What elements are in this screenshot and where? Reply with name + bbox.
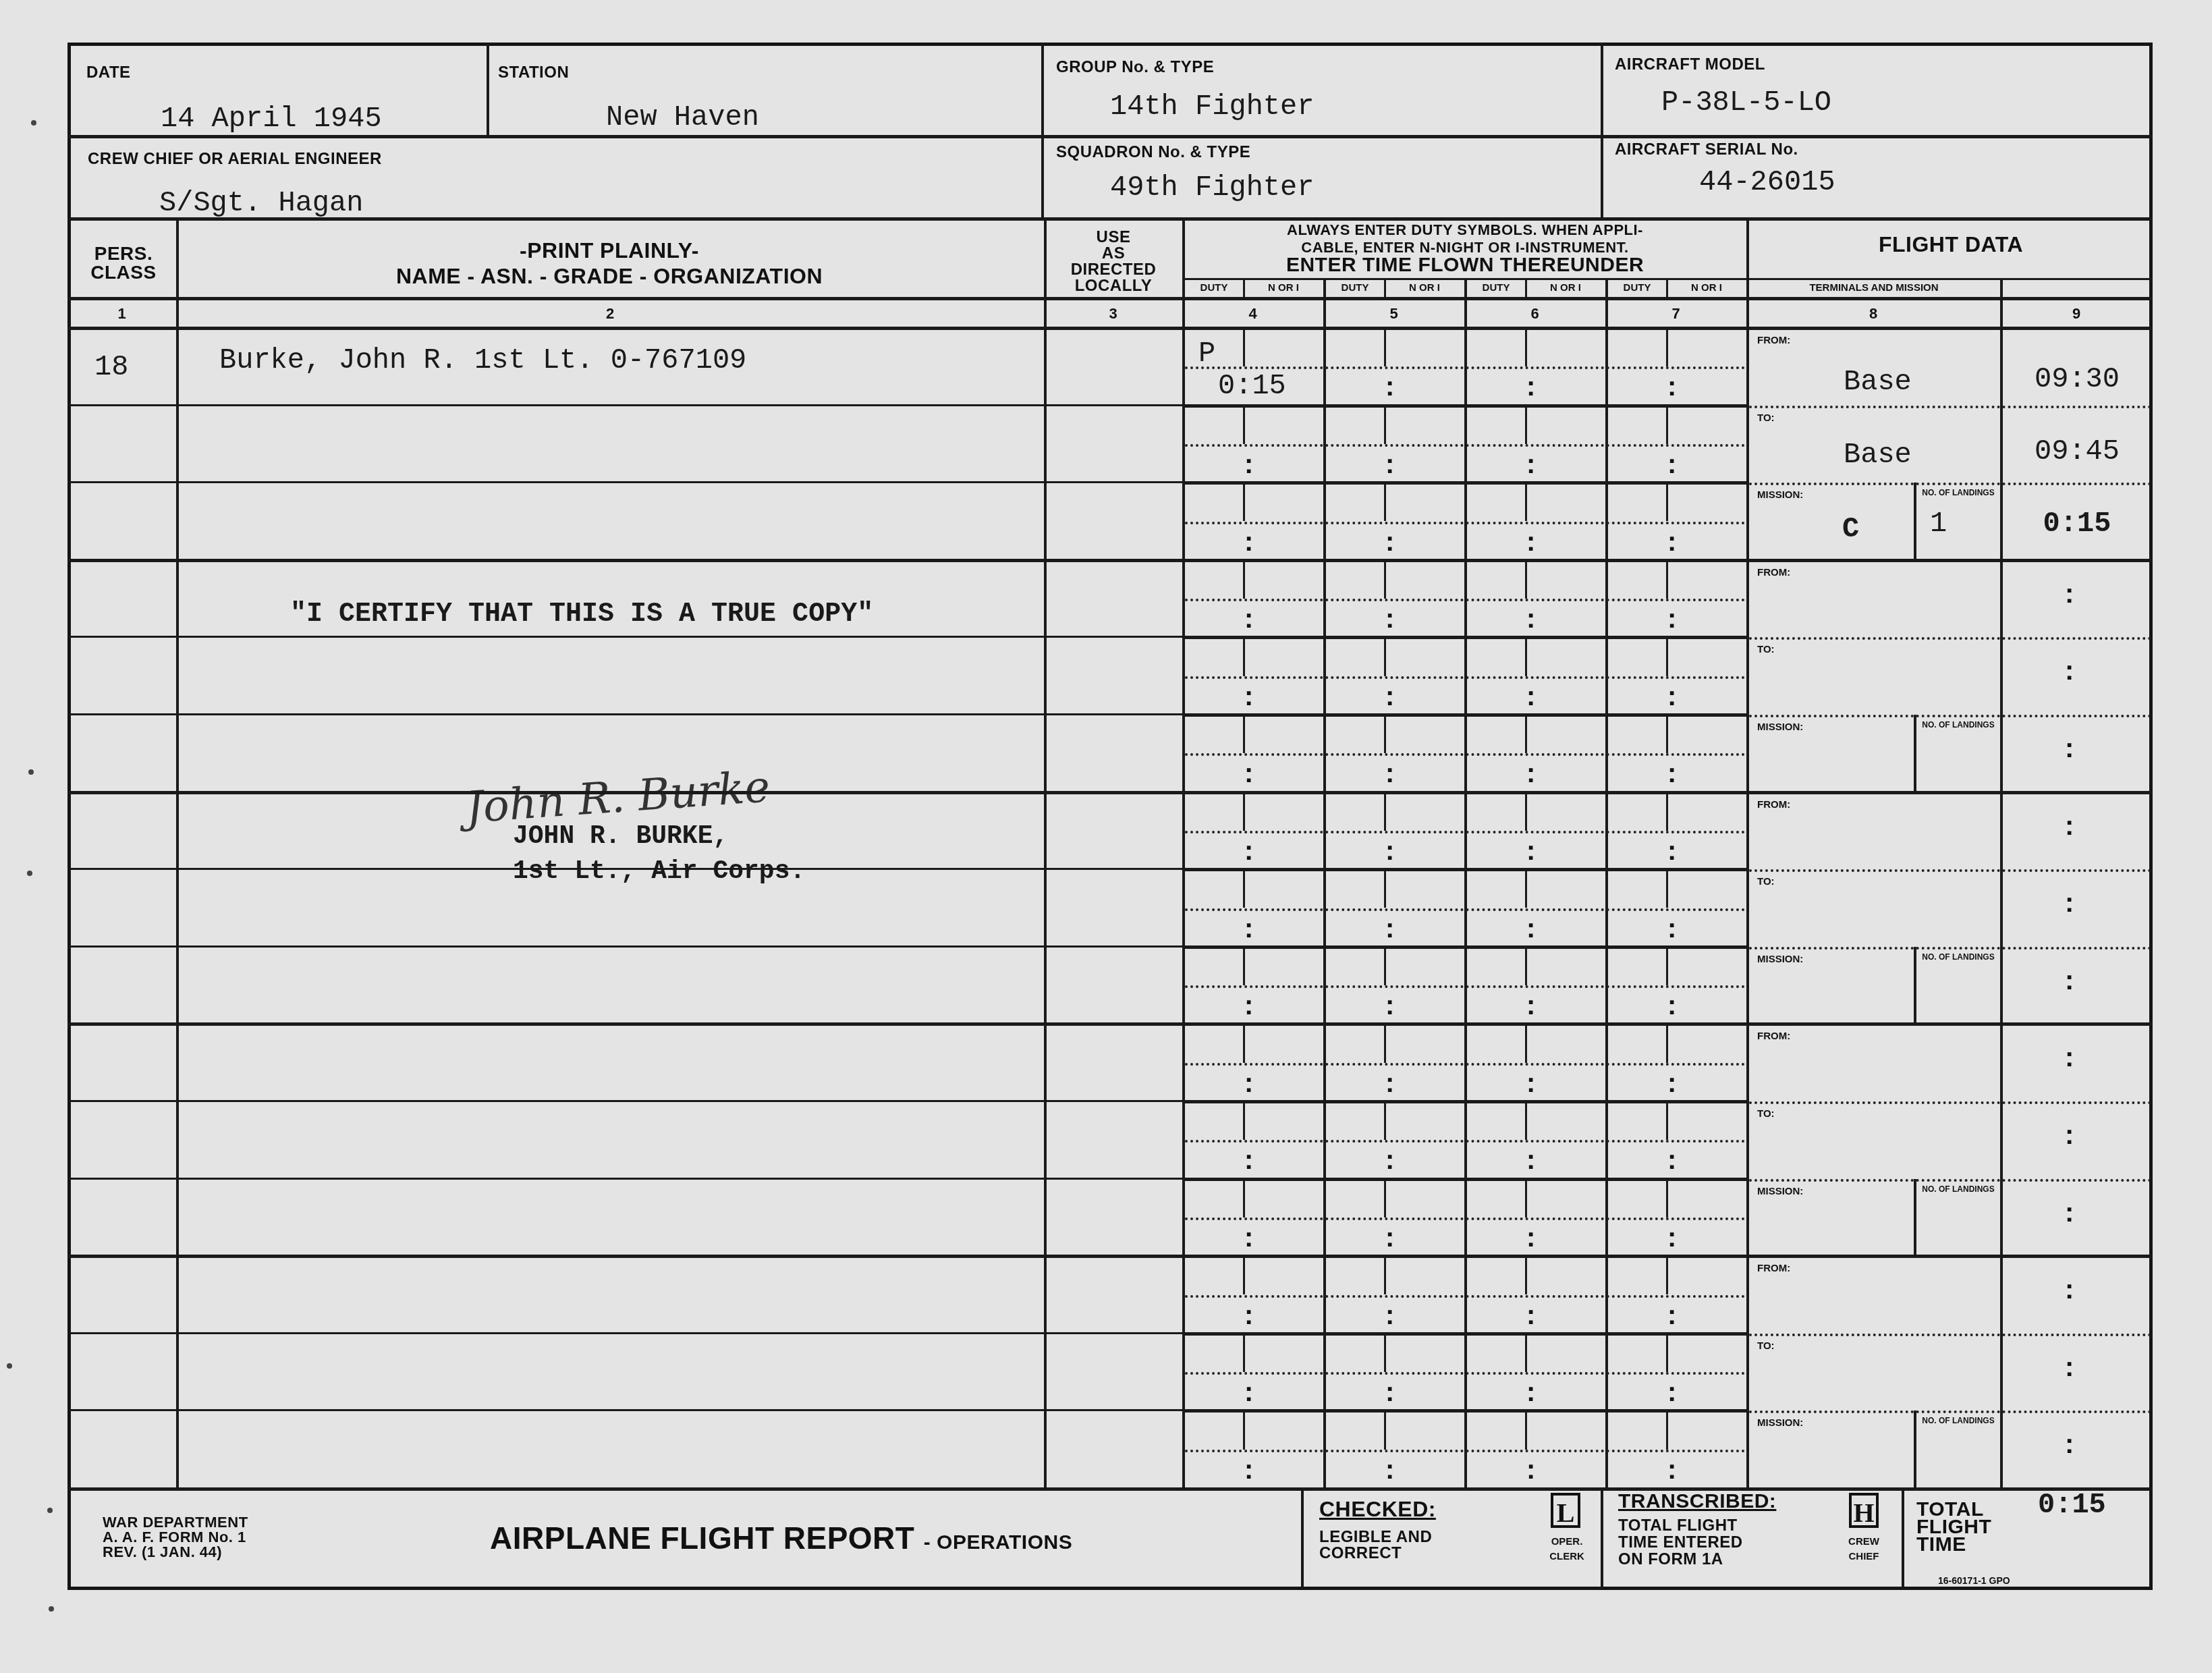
time-colon: : [1667, 683, 1676, 710]
n-or-i-divider [1384, 869, 1386, 908]
footer-divider [67, 1487, 2153, 1491]
to-label: TO: [1757, 644, 1775, 655]
n-or-i-divider [1384, 637, 1386, 676]
time-colon: : [1385, 992, 1394, 1019]
crew-row-1-duty[interactable]: P [1198, 337, 1215, 370]
time-colon: : [1526, 451, 1535, 478]
duty-col-num: 6 [1464, 305, 1605, 323]
oper-clerk-label: OPER. CLERK [1540, 1535, 1594, 1564]
n-or-i-divider [1666, 947, 1668, 985]
flight-time-colon: : [2065, 967, 2074, 994]
n-or-i-divider [1384, 406, 1386, 444]
time-colon: : [1526, 1147, 1535, 1174]
flight-block-divider [1746, 791, 2153, 794]
n-or-i-divider [1243, 869, 1245, 908]
n-or-i-divider [1666, 637, 1668, 676]
duty-subheader: DUTY [1326, 282, 1384, 294]
n-or-i-divider [1525, 1256, 1527, 1294]
time-colon: : [1244, 915, 1253, 942]
duty-row-midline [1185, 366, 1745, 369]
n-or-i-divider [1525, 1334, 1527, 1372]
n-or-i-divider [1243, 637, 1245, 676]
col3-divider [1182, 217, 1185, 1489]
duty-sub-divider [1666, 278, 1668, 297]
mission-label: MISSION: [1757, 1417, 1803, 1429]
aircraft-serial-label: AIRCRAFT SERIAL No. [1615, 140, 1798, 159]
aircraft-serial-value[interactable]: 44-26015 [1699, 166, 1835, 198]
duty-sub-divider [1384, 278, 1386, 297]
col-num-2: 2 [176, 305, 1044, 323]
duty-row-midline [1185, 599, 1745, 601]
n-or-i-divider [1666, 869, 1668, 908]
flight-1-mission[interactable]: C [1842, 513, 1859, 545]
station-group-divider [1041, 43, 1044, 219]
duty-row-divider [1182, 713, 1746, 717]
n-or-i-divider [1666, 328, 1668, 366]
time-colon: : [1385, 760, 1394, 787]
duty-col-num: 5 [1323, 305, 1464, 323]
n-or-i-divider [1666, 792, 1668, 831]
n-or-i-divider [1243, 792, 1245, 831]
time-colon: : [1667, 1070, 1676, 1097]
time-colon: : [1244, 528, 1253, 555]
time-colon: : [1244, 1147, 1253, 1174]
n-or-i-divider [1525, 792, 1527, 831]
flight-time-colon: : [2065, 735, 2074, 762]
from-label: FROM: [1757, 1263, 1790, 1274]
duty-row-divider [1182, 945, 1746, 949]
crew-row-1-name[interactable]: Burke, John R. 1st Lt. 0-767109 [219, 344, 746, 377]
war-department-block: WAR DEPARTMENT A. A. F. FORM No. 1 REV. … [103, 1515, 248, 1560]
row-divider [67, 1332, 1182, 1334]
crew-row-1-pers-class[interactable]: 18 [94, 351, 128, 383]
n-or-i-divider [1666, 406, 1668, 444]
time-colon: : [1385, 1147, 1394, 1174]
time-colon: : [1385, 1379, 1394, 1406]
flight-time-colon: : [2065, 580, 2074, 607]
time-colon: : [1526, 992, 1535, 1019]
n-or-i-divider [1384, 792, 1386, 831]
col-num-8: 8 [1746, 305, 2000, 323]
duty-row-divider [1182, 1178, 1746, 1181]
n-or-i-divider [1384, 1024, 1386, 1062]
duty-row-divider [1182, 559, 1746, 562]
transcribed-title: TRANSCRIBED: [1618, 1490, 1776, 1513]
typed-rank: 1st Lt., Air Corps. [513, 857, 805, 886]
row-divider [67, 559, 1182, 562]
flight-dotted [1749, 637, 2151, 640]
squadron-value[interactable]: 49th Fighter [1110, 171, 1314, 204]
n-or-i-divider [1666, 1179, 1668, 1217]
transcribed-text: TOTAL FLIGHT TIME ENTERED ON FORM 1A [1618, 1517, 1743, 1568]
time-colon: : [1385, 1070, 1394, 1097]
margin-dot [27, 871, 32, 876]
flight-1-from[interactable]: Base [1844, 366, 1912, 398]
margin-dot [49, 1606, 54, 1612]
col-header-divider [67, 297, 2153, 300]
flight-block-divider [1746, 559, 2153, 562]
date-station-divider [487, 43, 489, 136]
aircraft-model-value[interactable]: P-38L-5-LO [1661, 86, 1831, 119]
n-or-i-divider [1384, 947, 1386, 985]
time-colon: : [1667, 605, 1676, 632]
from-label: FROM: [1757, 335, 1790, 346]
duty-row-midline [1185, 1217, 1745, 1220]
n-or-i-divider [1525, 560, 1527, 599]
checked-title: CHECKED: [1319, 1497, 1436, 1522]
n-or-i-subheader: N OR I [1246, 282, 1321, 294]
col8-divider [1746, 217, 1749, 1489]
duty-row-midline [1185, 908, 1745, 911]
time-colon: : [1526, 1302, 1535, 1329]
n-or-i-subheader: N OR I [1387, 282, 1462, 294]
crew-chief-label: CREW CHIEF OR AERIAL ENGINEER [88, 150, 382, 169]
crew-chief-role-label: CREW CHIEF [1837, 1535, 1891, 1564]
duty-row-midline [1185, 831, 1745, 833]
landings-label: NO. OF LANDINGS [1916, 1184, 2000, 1194]
n-or-i-divider [1525, 1410, 1527, 1449]
landings-label: NO. OF LANDINGS [1916, 488, 2000, 497]
flight-dotted [1749, 715, 2151, 717]
duty-row-midline [1185, 753, 1745, 756]
row-divider [67, 945, 1182, 948]
margin-dot [7, 1363, 12, 1369]
time-colon: : [1244, 1070, 1253, 1097]
time-colon: : [1667, 992, 1676, 1019]
col-num-3: 3 [1044, 305, 1182, 323]
n-or-i-divider [1243, 1256, 1245, 1294]
n-or-i-divider [1384, 1101, 1386, 1140]
n-or-i-divider [1243, 715, 1245, 753]
time-colon: : [1385, 1224, 1394, 1251]
form-title: AIRPLANE FLIGHT REPORT - OPERATIONS [490, 1520, 1072, 1556]
time-colon: : [1667, 373, 1676, 400]
typed-name: JOHN R. BURKE, [513, 822, 728, 851]
time-colon: : [1526, 683, 1535, 710]
flight-time-colon: : [2065, 813, 2074, 840]
mission-label: MISSION: [1757, 721, 1803, 733]
time-colon: : [1526, 1379, 1535, 1406]
n-or-i-divider [1243, 1179, 1245, 1217]
date-label: DATE [86, 63, 131, 82]
flight-time-colon: : [2065, 1276, 2074, 1303]
duty-col-divider [1323, 278, 1326, 1489]
n-or-i-divider [1666, 1410, 1668, 1449]
n-or-i-divider [1666, 715, 1668, 753]
flight-1-to[interactable]: Base [1844, 439, 1912, 471]
name-header: -PRINT PLAINLY- NAME - ASN. - GRADE - OR… [177, 238, 1041, 289]
landings-label: NO. OF LANDINGS [1916, 1416, 2000, 1425]
from-label: FROM: [1757, 1031, 1790, 1042]
n-or-i-divider [1384, 1256, 1386, 1294]
flight-time-colon: : [2065, 1044, 2074, 1071]
mission-label: MISSION: [1757, 954, 1803, 965]
flight-dotted [1749, 406, 2151, 408]
flight-dotted [1749, 1334, 2151, 1336]
n-or-i-divider [1384, 1179, 1386, 1217]
margin-dot [31, 120, 36, 126]
local-use-header: USE AS DIRECTED LOCALLY [1046, 229, 1181, 294]
n-or-i-divider [1666, 560, 1668, 599]
flight-1-from-time[interactable]: 09:30 [2001, 363, 2153, 395]
time-colon: : [1385, 373, 1394, 400]
flight-dotted [1749, 1101, 2151, 1104]
duty-subheader: DUTY [1467, 282, 1525, 294]
row-divider [67, 404, 1182, 406]
time-colon: : [1526, 373, 1535, 400]
date-value[interactable]: 14 April 1945 [161, 103, 382, 135]
n-or-i-divider [1525, 947, 1527, 985]
footer-total-divider [1902, 1487, 1904, 1589]
footer-transcribed-divider [1601, 1487, 1603, 1589]
time-colon: : [1244, 1302, 1253, 1329]
n-or-i-divider [1525, 869, 1527, 908]
duty-subheader: DUTY [1185, 282, 1243, 294]
row-divider [67, 481, 1182, 483]
duty-row-divider [1182, 1100, 1746, 1103]
duty-row-midline [1185, 1140, 1745, 1143]
time-colon: : [1667, 838, 1676, 865]
flight-data-header: FLIGHT DATA [1749, 232, 2153, 257]
flight-1-landings[interactable]: 1 [1930, 508, 1947, 540]
row-divider [67, 636, 1182, 638]
flight-1-to-time[interactable]: 09:45 [2001, 435, 2153, 468]
flight-1-duration[interactable]: 0:15 [2001, 508, 2153, 540]
flight-block-divider [1746, 1255, 2153, 1258]
col2-divider [1044, 217, 1047, 1489]
time-colon: : [1526, 915, 1535, 942]
n-or-i-divider [1525, 715, 1527, 753]
n-or-i-divider [1384, 560, 1386, 599]
duty-row-midline [1185, 1295, 1745, 1298]
duty-subheader: DUTY [1608, 282, 1666, 294]
time-colon: : [1244, 760, 1253, 787]
n-or-i-divider [1666, 1101, 1668, 1140]
flight-dotted [1749, 1410, 2151, 1413]
header-divider-1 [67, 135, 1046, 138]
duty-row-midline [1185, 1372, 1745, 1375]
time-colon: : [1526, 1224, 1535, 1251]
time-colon: : [1385, 451, 1394, 478]
duty-row-midline [1185, 522, 1745, 524]
flight-dotted [1749, 483, 2151, 485]
time-colon: : [1244, 1224, 1253, 1251]
flight-dotted [1749, 869, 2151, 872]
duty-col-divider [1605, 278, 1608, 1489]
margin-dot [47, 1508, 53, 1513]
time-colon: : [1385, 915, 1394, 942]
time-colon: : [1526, 1456, 1535, 1483]
flight-time-colon: : [2065, 1431, 2074, 1458]
checked-initial-box[interactable]: L [1551, 1493, 1580, 1528]
certification-statement: "I CERTIFY THAT THIS IS A TRUE COPY" [290, 599, 873, 630]
time-colon: : [1244, 683, 1253, 710]
col1-divider [176, 217, 179, 1489]
n-or-i-divider [1243, 406, 1245, 444]
col-number-divider [67, 327, 2153, 330]
flight-time-colon: : [2065, 889, 2074, 916]
landings-label: NO. OF LANDINGS [1916, 720, 2000, 730]
header-divider-1b [1041, 135, 2153, 138]
time-colon: : [1244, 605, 1253, 632]
n-or-i-divider [1666, 1334, 1668, 1372]
time-colon: : [1385, 838, 1394, 865]
time-colon: : [1526, 605, 1535, 632]
group-value[interactable]: 14th Fighter [1110, 90, 1314, 123]
time-colon: : [1667, 760, 1676, 787]
row-divider [67, 1409, 1182, 1411]
n-or-i-divider [1525, 637, 1527, 676]
n-or-i-divider [1243, 1101, 1245, 1140]
row-divider [67, 868, 1182, 870]
n-or-i-divider [1525, 328, 1527, 366]
n-or-i-subheader: N OR I [1669, 282, 1744, 294]
time-colon: : [1244, 992, 1253, 1019]
terminals-mission-subheader: TERMINALS AND MISSION [1749, 282, 1999, 294]
n-or-i-divider [1243, 328, 1245, 366]
n-or-i-divider [1384, 483, 1386, 521]
col-num-9: 9 [2000, 305, 2153, 323]
margin-dot [28, 769, 34, 775]
duty-row-divider [1182, 1022, 1746, 1026]
time-colon: : [1244, 1456, 1253, 1483]
duty-row-divider [1182, 791, 1746, 794]
flight-block-divider [1746, 1022, 2153, 1026]
n-or-i-divider [1243, 1024, 1245, 1062]
row-divider [67, 1022, 1182, 1026]
station-label: STATION [498, 63, 569, 82]
duty-row-divider [1182, 1255, 1746, 1258]
time-colon: : [1385, 1302, 1394, 1329]
n-or-i-divider [1243, 1334, 1245, 1372]
duty-row-divider [1182, 481, 1746, 485]
total-flight-time-value[interactable]: 0:15 [2038, 1489, 2106, 1521]
time-colon: : [1385, 528, 1394, 555]
duty-col-num: 7 [1605, 305, 1746, 323]
time-colon: : [1244, 451, 1253, 478]
duty-row-midline [1185, 444, 1745, 447]
time-colon: : [1667, 1379, 1676, 1406]
duty-col-divider [1464, 278, 1467, 1489]
n-or-i-divider [1384, 1334, 1386, 1372]
col-num-1: 1 [67, 305, 176, 323]
time-colon: : [1667, 1224, 1676, 1251]
time-colon: : [1526, 760, 1535, 787]
n-or-i-divider [1384, 328, 1386, 366]
time-colon: : [1526, 528, 1535, 555]
n-or-i-divider [1525, 406, 1527, 444]
group-label: GROUP No. & TYPE [1056, 58, 1214, 77]
flight-dotted [1749, 1179, 2151, 1182]
row-divider [67, 791, 1182, 794]
time-colon: : [1667, 1302, 1676, 1329]
n-or-i-divider [1525, 1179, 1527, 1217]
time-colon: : [1385, 605, 1394, 632]
station-value[interactable]: New Haven [606, 101, 759, 134]
from-label: FROM: [1757, 799, 1790, 811]
time-colon: : [1667, 915, 1676, 942]
flight-time-colon: : [2065, 1122, 2074, 1149]
flight-time-colon: : [2065, 657, 2074, 684]
duty-instructions-header: ALWAYS ENTER DUTY SYMBOLS. WHEN APPLI- C… [1185, 221, 1745, 274]
duty-col-num: 4 [1182, 305, 1323, 323]
print-code: 16-60171-1 GPO [1938, 1575, 2010, 1586]
time-colon: : [1667, 1456, 1676, 1483]
flight-dotted [1749, 947, 2151, 950]
time-colon: : [1244, 1379, 1253, 1406]
n-or-i-divider [1525, 1024, 1527, 1062]
duty-row-divider [1182, 636, 1746, 639]
flight-time-colon: : [2065, 1199, 2074, 1226]
n-or-i-divider [1666, 1256, 1668, 1294]
n-or-i-subheader: N OR I [1528, 282, 1603, 294]
n-or-i-divider [1666, 483, 1668, 521]
squadron-label: SQUADRON No. & TYPE [1056, 143, 1250, 162]
time-colon: : [1385, 1456, 1394, 1483]
from-label: FROM: [1757, 567, 1790, 578]
flight-data-subdivider [1746, 278, 2153, 280]
n-or-i-divider [1525, 1101, 1527, 1140]
n-or-i-divider [1243, 947, 1245, 985]
group-aircraft-divider [1601, 43, 1603, 219]
crew-row-1-time[interactable]: 0:15 [1218, 370, 1286, 402]
time-colon: : [1526, 1070, 1535, 1097]
time-colon: : [1667, 528, 1676, 555]
time-colon: : [1667, 1147, 1676, 1174]
n-or-i-divider [1384, 1410, 1386, 1449]
duty-sub-divider [1525, 278, 1527, 297]
mission-label: MISSION: [1757, 489, 1803, 501]
to-label: TO: [1757, 1108, 1775, 1120]
time-colon: : [1244, 838, 1253, 865]
crew-chief-value[interactable]: S/Sgt. Hagan [159, 187, 363, 219]
total-flight-time-label: TOTAL FLIGHT TIME [1916, 1501, 1991, 1554]
time-colon: : [1526, 838, 1535, 865]
time-colon: : [1385, 683, 1394, 710]
n-or-i-divider [1243, 560, 1245, 599]
n-or-i-divider [1243, 1410, 1245, 1449]
header-divider-2 [67, 217, 2153, 221]
transcribed-initial-box[interactable]: H [1849, 1493, 1879, 1528]
duty-row-divider [1182, 868, 1746, 871]
duty-row-midline [1185, 1450, 1745, 1452]
n-or-i-divider [1243, 483, 1245, 521]
footer-checked-divider [1301, 1487, 1304, 1589]
n-or-i-divider [1666, 1024, 1668, 1062]
row-divider [67, 1178, 1182, 1180]
duty-row-divider [1182, 1409, 1746, 1413]
mission-label: MISSION: [1757, 1186, 1803, 1197]
duty-row-midline [1185, 676, 1745, 679]
time-colon: : [1667, 451, 1676, 478]
n-or-i-divider [1525, 483, 1527, 521]
row-divider [67, 1255, 1182, 1258]
aircraft-model-label: AIRCRAFT MODEL [1615, 55, 1765, 74]
duty-row-midline [1185, 985, 1745, 988]
row-divider [67, 713, 1182, 715]
duty-row-midline [1185, 1063, 1745, 1066]
duty-row-divider [1182, 404, 1746, 408]
duty-row-divider [1182, 1332, 1746, 1336]
to-label: TO: [1757, 412, 1775, 424]
checked-text: LEGIBLE AND CORRECT [1319, 1529, 1432, 1562]
landings-label: NO. OF LANDINGS [1916, 952, 2000, 962]
pers-class-header: PERS. CLASS [73, 244, 174, 282]
n-or-i-divider [1384, 715, 1386, 753]
to-label: TO: [1757, 1340, 1775, 1352]
to-label: TO: [1757, 876, 1775, 887]
flight-time-colon: : [2065, 1354, 2074, 1381]
